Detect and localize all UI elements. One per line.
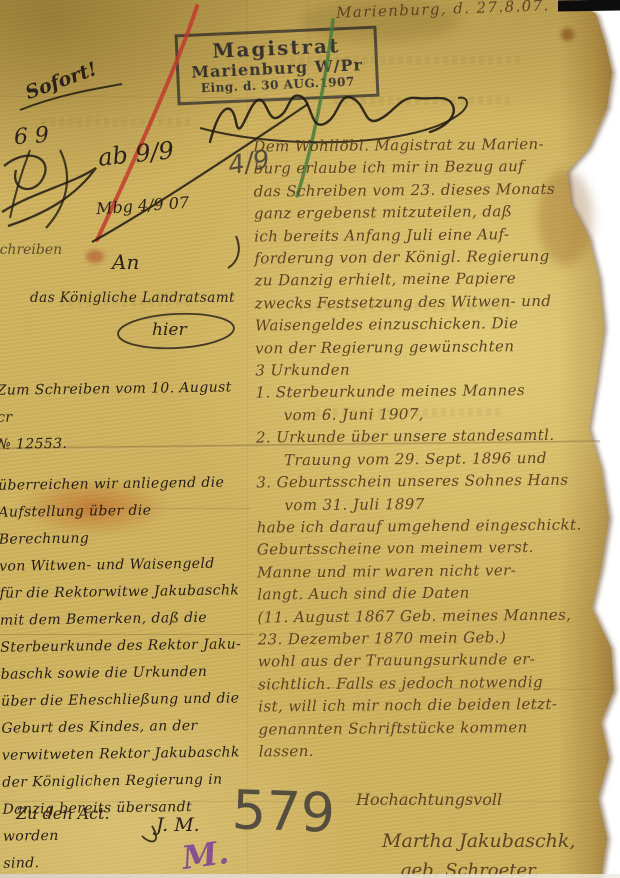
- draft-line: Aufstellung über die Berechnung: [0, 496, 247, 553]
- letter-line: genannten Schriftstücke kommen: [258, 715, 594, 740]
- letter-line: ist, will ich mir noch die beiden letzt-: [258, 693, 594, 718]
- address-line-an: An: [112, 250, 139, 274]
- letter-line: vom 6. Juni 1907,: [256, 401, 592, 426]
- draft-line: der Königlichen Regierung in: [2, 766, 250, 796]
- margin-scribble: [4, 156, 46, 189]
- note-zu-den-act: Zu den Act.: [16, 804, 110, 823]
- scanned-letter-page: Marienburg, d. 27.8.07. Magistrat Marien…: [0, 0, 620, 878]
- draft-line: von Witwen- und Waisengeld: [0, 550, 247, 580]
- letter-line: 2. Urkunde über unsere standesamtl.: [256, 424, 592, 449]
- letter-line: von der Regierung gewünschten: [255, 334, 591, 359]
- scan-bottom-edge: [0, 874, 620, 878]
- draft-line: mit dem Bemerken, daß die: [0, 604, 248, 634]
- purple-ink-mark: M.: [180, 833, 231, 877]
- margin-note-6-9: 6 9: [13, 123, 50, 150]
- letter-line: forderung von der Königl. Regierung: [254, 245, 590, 270]
- black-scan-edge: [558, 0, 620, 12]
- letter-line: burg erlaube ich mir in Bezug auf: [253, 155, 589, 180]
- letter-line: 1. Sterbeurkunde meines Mannes: [255, 379, 591, 404]
- letter-line: sichtlich. Falls es jedoch notwendig: [258, 670, 594, 695]
- draft-line: Zum Schreiben vom 10. August cr: [0, 374, 245, 431]
- letter-line: lassen.: [259, 737, 595, 762]
- letter-line: Manne und mir waren nicht ver-: [257, 558, 593, 583]
- letter-line: ganz ergebenst mitzuteilen, daß: [254, 200, 590, 225]
- letter-line: wohl aus der Trauungsurkunde er-: [258, 648, 594, 673]
- pencil-number-579: 579: [231, 778, 336, 845]
- draft-line: baschk sowie die Urkunden: [0, 658, 248, 688]
- draft-line: überreichen wir anliegend die: [0, 469, 246, 499]
- letter-line: vom 31. Juli 1897: [256, 491, 592, 516]
- draft-reply-column: Zum Schreiben vom 10. August cr № 12553.…: [0, 374, 251, 877]
- initials-jm: J. M.: [156, 814, 200, 836]
- letter-line: Dem Wohllöbl. Magistrat zu Marien-: [253, 133, 589, 158]
- letter-line: Trauung vom 29. Sept. 1896 und: [256, 446, 592, 471]
- letter-line: das Schreiben vom 23. dieses Monats: [254, 177, 590, 202]
- letter-body-column: Dem Wohllöbl. Magistrat zu Marien- burg …: [253, 133, 594, 763]
- letter-line: zwecks Festsetzung des Witwen- und: [255, 289, 591, 314]
- draft-line: verwitweten Rektor Jakubaschk: [2, 739, 250, 769]
- draft-line: über die Eheschließung und die: [1, 685, 249, 715]
- address-line-landratsamt: das Königliche Landratsamt: [30, 290, 235, 306]
- letter-line: langt. Auch sind die Daten: [257, 581, 593, 606]
- letter-line: 3 Urkunden: [255, 357, 591, 382]
- signature-name: Martha Jakubaschk,: [382, 830, 575, 852]
- letter-line: (11. August 1867 Geb. meines Mannes,: [257, 603, 593, 628]
- letter-line: habe ich darauf umgehend eingeschickt.: [257, 513, 593, 538]
- letter-line: 3. Geburtsschein unseres Sohnes Hans: [256, 469, 592, 494]
- letter-line: Geburtsscheine von meinem verst.: [257, 536, 593, 561]
- draft-line: für die Rektorwitwe Jakubaschk: [0, 577, 248, 607]
- draft-line: Geburt des Kindes, an der: [1, 712, 249, 742]
- valediction: Hochachtungsvoll: [356, 790, 502, 809]
- address-down-stroke: [228, 236, 239, 268]
- letter-line: zu Danzig erhielt, meine Papiere: [254, 267, 590, 292]
- draft-line: Sterbeurkunde des Rektor Jaku-: [0, 631, 248, 661]
- letter-line: 23. Dezember 1870 mein Geb.): [258, 625, 594, 650]
- faded-note-schreiben: Schreiben: [0, 242, 62, 258]
- letter-line: Waisengeldes einzuschicken. Die: [255, 312, 591, 337]
- letter-line: ich bereits Anfang Juli eine Auf-: [254, 222, 590, 247]
- draft-line: № 12553.: [0, 428, 246, 458]
- address-line-hier: hier: [152, 320, 187, 340]
